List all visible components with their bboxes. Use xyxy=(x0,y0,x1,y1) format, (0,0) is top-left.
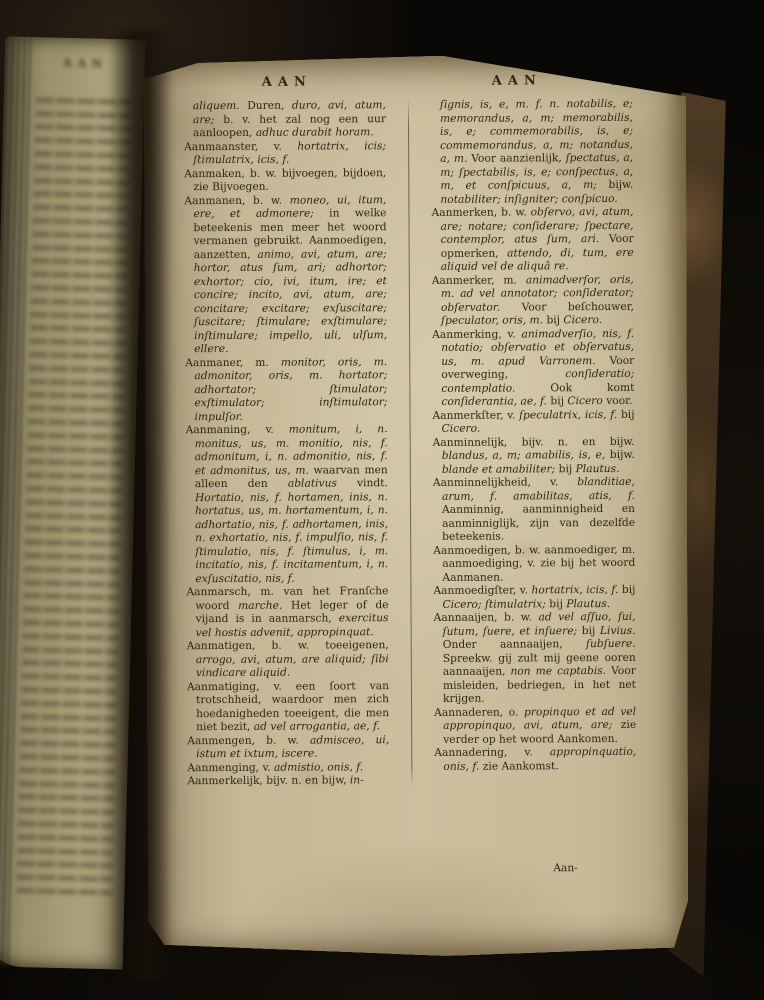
dictionary-entry: Aanminnelijk, bijv. n. en bijw. blandus,… xyxy=(433,434,635,476)
column-right: ſignis, is, e, m. f. n. notabilis, e; me… xyxy=(431,97,637,787)
gutter-shadow xyxy=(108,30,172,980)
dictionary-entry: Aanmaner, m. monitor, oris, m. admonitor… xyxy=(185,355,387,424)
dictionary-entry: Aanmerken, b. w. obſervo, avi, atum, are… xyxy=(431,205,633,274)
dictionary-entry: Aanmaning, v. monitum, i, n. monitus, us… xyxy=(186,422,389,585)
dictionary-entry: Aanmoedigſter, v. hortatrix, icis, f. bi… xyxy=(433,583,635,611)
dictionary-entry: ſignis, is, e, m. f. n. notabilis, e; me… xyxy=(431,97,634,206)
dictionary-entry: Aanmatiging, v. een ſoort van trotschhei… xyxy=(187,679,389,734)
dictionary-entry: Aanmaanster, v. hortatrix, icis; ſtimula… xyxy=(184,139,386,167)
dictionary-entry: Aannadering, v. appropinquatio, onis, f.… xyxy=(434,745,636,773)
book-page: AAN AAN 11 aliquem. Duren, duro, avi, at… xyxy=(144,55,691,958)
dictionary-entry: Aanmatigen, b. w. toeeigenen, arrogo, av… xyxy=(187,638,389,680)
dictionary-entry: Aannaaijen, b. w. ad vel aſſuo, ſui, ſut… xyxy=(434,610,636,706)
dictionary-entry: Aanmarsch, m. van het Franſche woord mar… xyxy=(186,584,388,639)
page-content: AAN AAN 11 aliquem. Duren, duro, avi, at… xyxy=(144,55,691,958)
dictionary-entry: Aanmanen, b. w. moneo, ui, itum, ere, et… xyxy=(184,193,387,356)
column-left: aliquem. Duren, duro, avi, atum, are; b.… xyxy=(184,98,390,788)
dictionary-entry: Aanmenging, v. admistio, onis, f. xyxy=(187,760,389,775)
column-divider-rule xyxy=(408,98,413,786)
catchword: Aan- xyxy=(553,861,578,874)
dictionary-entry: Aannaderen, o. propinquo et ad vel appro… xyxy=(434,704,636,746)
dictionary-entry: Aanmengen, b. w. admisceo, ui, istum et … xyxy=(187,733,389,761)
dictionary-entry: aliquem. Duren, duro, avi, atum, are; b.… xyxy=(184,98,386,140)
page-number: 11 xyxy=(610,76,625,88)
running-heads: AAN AAN 11 xyxy=(184,71,636,99)
dictionary-entry: Aanmerkelijk, bijv. n. en bijw, in- xyxy=(187,773,389,788)
facing-page-running-head: AAN xyxy=(63,56,108,71)
dictionary-entry: Aanmerker, m. animadverſor, oris, m. ad … xyxy=(432,272,634,327)
dictionary-entry: Aanmaken, b. w. bijvoegen, bijdoen, zie … xyxy=(184,166,386,194)
running-head-left: AAN xyxy=(262,75,312,90)
running-head-right: AAN xyxy=(492,73,542,88)
dictionary-entry: Aanmerking, v. animadverſio, nis, f. not… xyxy=(432,326,634,408)
text-columns: aliquem. Duren, duro, avi, atum, are; b.… xyxy=(184,97,640,788)
dictionary-entry: Aanmoedigen, b. w. aanmoediger, m. aanmo… xyxy=(433,542,635,584)
dictionary-entry: Aanminnelijkheid, v. blanditiae, arum, f… xyxy=(433,475,635,544)
book-photo: { "book": { "running_head_left": "AAN", … xyxy=(0,0,764,1000)
dictionary-entry: Aanmerkſter, v. ſpeculatrix, icis, f. bi… xyxy=(432,407,634,435)
